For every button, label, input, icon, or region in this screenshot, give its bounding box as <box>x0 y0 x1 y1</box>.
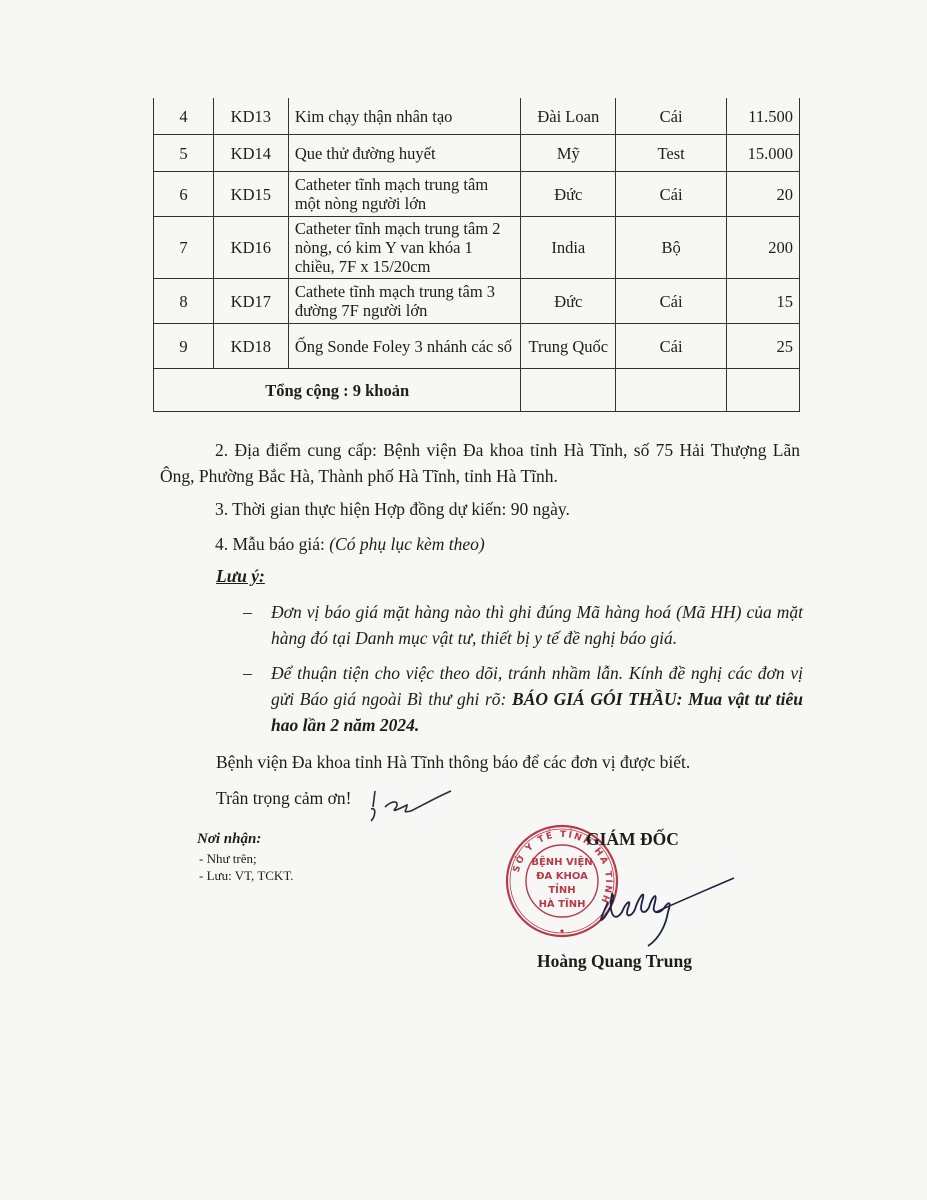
svg-text:TỈNH: TỈNH <box>548 882 575 896</box>
cell-origin: Đức <box>521 172 616 217</box>
cell-qty: 15.000 <box>727 135 800 172</box>
cell-code: KD14 <box>213 135 288 172</box>
recipient-item: - Lưu: VT, TCKT. <box>199 868 294 884</box>
cell-name: Ống Sonde Foley 3 nhánh các số <box>288 324 521 369</box>
cell-name: Catheter tĩnh mạch trung tâm một nòng ng… <box>288 172 521 217</box>
cell-name: Que thử đường huyết <box>288 135 521 172</box>
quote-template-note: (Có phụ lục kèm theo) <box>329 534 485 554</box>
document-page: 4 KD13 Kim chạy thận nhân tạo Đài Loan C… <box>0 0 927 1200</box>
cell-code: KD18 <box>213 324 288 369</box>
notes-title: Lưu ý: <box>216 566 265 587</box>
cell-qty: 25 <box>727 324 800 369</box>
cell-qty: 200 <box>727 217 800 279</box>
cell-unit: Bộ <box>616 217 727 279</box>
initial-signature-icon <box>367 787 457 827</box>
section-delivery-location: 2. Địa điểm cung cấp: Bệnh viện Đa khoa … <box>160 437 800 489</box>
table-total-row: Tổng cộng : 9 khoản <box>154 369 800 412</box>
cell-code: KD13 <box>213 98 288 135</box>
svg-text:BỆNH VIỆN: BỆNH VIỆN <box>531 855 592 868</box>
section-quote-template: 4. Mẫu báo giá: (Có phụ lục kèm theo) <box>160 531 800 557</box>
total-label: Tổng cộng : 9 khoản <box>154 369 521 412</box>
cell-origin: Trung Quốc <box>521 324 616 369</box>
cell-name: Cathete tĩnh mạch trung tâm 3 đường 7F n… <box>288 279 521 324</box>
cell-qty: 15 <box>727 279 800 324</box>
director-title: GIÁM ĐỐC <box>586 829 679 850</box>
cell-unit: Test <box>616 135 727 172</box>
cell-unit: Cái <box>616 172 727 217</box>
cell-stt: 8 <box>154 279 214 324</box>
table-row: 7 KD16 Catheter tĩnh mạch trung tâm 2 nò… <box>154 217 800 279</box>
cell-origin: India <box>521 217 616 279</box>
cell-unit: Cái <box>616 279 727 324</box>
cell-code: KD15 <box>213 172 288 217</box>
note-text: Đơn vị báo giá mặt hàng nào thì ghi đúng… <box>243 599 803 651</box>
cell-name: Catheter tĩnh mạch trung tâm 2 nòng, có … <box>288 217 521 279</box>
cell-stt: 4 <box>154 98 214 135</box>
note-bullet-2: – Để thuận tiện cho việc theo dõi, tránh… <box>243 660 803 738</box>
quote-template-label: 4. Mẫu báo giá: <box>215 534 329 554</box>
cell-unit: Cái <box>616 324 727 369</box>
cell-origin: Đức <box>521 279 616 324</box>
director-signature-icon <box>588 872 738 952</box>
table-row: 5 KD14 Que thử đường huyết Mỹ Test 15.00… <box>154 135 800 172</box>
cell-origin: Mỹ <box>521 135 616 172</box>
svg-text:ĐA KHOA: ĐA KHOA <box>536 871 588 882</box>
cell-stt: 5 <box>154 135 214 172</box>
table-row: 8 KD17 Cathete tĩnh mạch trung tâm 3 đườ… <box>154 279 800 324</box>
recipients-title: Nơi nhận: <box>197 831 261 848</box>
cell-empty <box>616 369 727 412</box>
note-bullet-1: – Đơn vị báo giá mặt hàng nào thì ghi đú… <box>243 599 803 651</box>
cell-name: Kim chạy thận nhân tạo <box>288 98 521 135</box>
closing-notice: Bệnh viện Đa khoa tỉnh Hà Tĩnh thông báo… <box>216 749 806 775</box>
note-text: Để thuận tiện cho việc theo dõi, tránh n… <box>243 660 803 738</box>
closing-thanks: Trân trọng cảm ơn! <box>216 785 516 811</box>
cell-code: KD17 <box>213 279 288 324</box>
cell-stt: 6 <box>154 172 214 217</box>
cell-qty: 20 <box>727 172 800 217</box>
cell-origin: Đài Loan <box>521 98 616 135</box>
svg-text:HÀ TĨNH: HÀ TĨNH <box>539 897 586 910</box>
director-name: Hoàng Quang Trung <box>537 951 692 972</box>
recipient-item: - Như trên; <box>199 851 257 867</box>
table-row: 4 KD13 Kim chạy thận nhân tạo Đài Loan C… <box>154 98 800 135</box>
bullet-dash: – <box>243 660 252 686</box>
items-table: 4 KD13 Kim chạy thận nhân tạo Đài Loan C… <box>153 98 800 412</box>
cell-unit: Cái <box>616 98 727 135</box>
cell-empty <box>521 369 616 412</box>
cell-empty <box>727 369 800 412</box>
table-row: 6 KD15 Catheter tĩnh mạch trung tâm một … <box>154 172 800 217</box>
cell-code: KD16 <box>213 217 288 279</box>
cell-stt: 7 <box>154 217 214 279</box>
cell-qty: 11.500 <box>727 98 800 135</box>
bullet-dash: – <box>243 599 252 625</box>
cell-stt: 9 <box>154 324 214 369</box>
section-contract-duration: 3. Thời gian thực hiện Hợp đồng dự kiến:… <box>160 496 800 522</box>
table-row: 9 KD18 Ống Sonde Foley 3 nhánh các số Tr… <box>154 324 800 369</box>
